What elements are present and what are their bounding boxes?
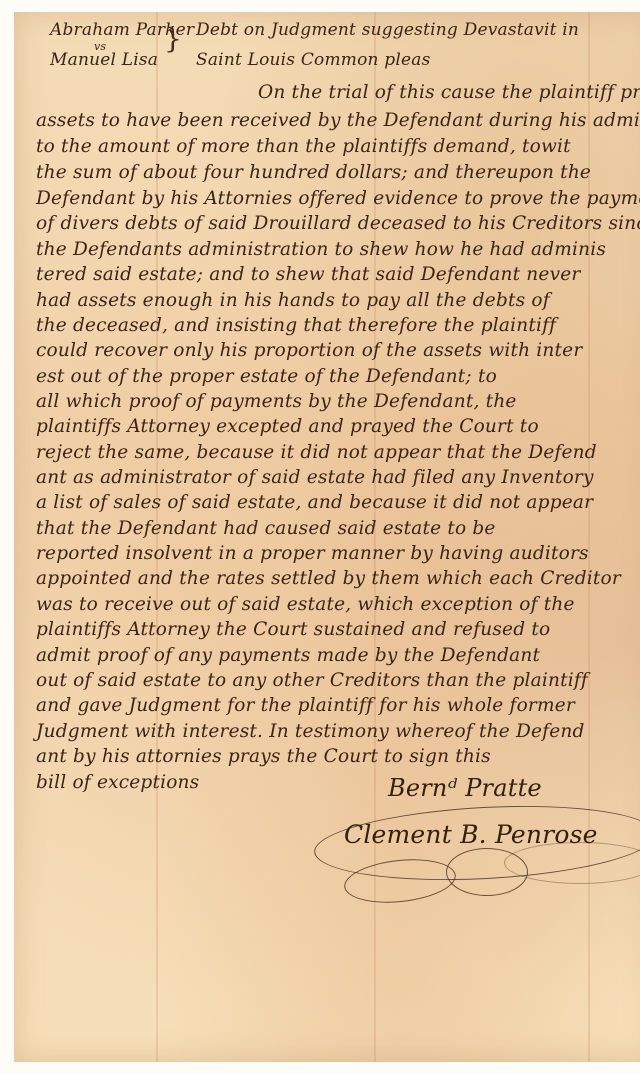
body-line: bill of exceptions (36, 772, 199, 793)
body-line: that the Defendant had caused said estat… (36, 518, 496, 539)
body-line: the sum of about four hundred dollars; a… (36, 162, 591, 183)
body-line: a list of sales of said estate, and beca… (36, 492, 593, 513)
caption-matter-line1: Debt on Judgment suggesting Devastavit i… (196, 20, 579, 40)
body-line: of divers debts of said Drouillard decea… (36, 213, 640, 234)
body-line: appointed and the rates settled by them … (36, 568, 621, 589)
body-line: reported insolvent in a proper manner by… (36, 543, 589, 564)
body-line: admit proof of any payments made by the … (36, 645, 540, 666)
body-line: Judgment with interest. In testimony whe… (36, 721, 585, 742)
body-line: had assets enough in his hands to pay al… (36, 290, 550, 311)
body-line: could recover only his proportion of the… (36, 340, 582, 361)
body-line: plaintiffs Attorney the Court sustained … (36, 619, 550, 640)
caption-matter-line2: Saint Louis Common pleas (196, 50, 431, 70)
document-page: Abraham Parker vs Manuel Lisa } Debt on … (14, 12, 640, 1062)
body-line: out of said estate to any other Creditor… (36, 670, 588, 691)
body-line: assets to have been received by the Defe… (36, 110, 640, 131)
body-line: tered said estate; and to shew that said… (36, 264, 580, 285)
body-line: ant by his attornies prays the Court to … (36, 746, 491, 767)
body-line: was to receive out of said estate, which… (36, 594, 575, 615)
body-line: all which proof of payments by the Defen… (36, 391, 517, 412)
body-line: On the trial of this cause the plaintiff… (258, 82, 640, 103)
caption-defendant: Manuel Lisa (50, 50, 158, 70)
body-line: est out of the proper estate of the Defe… (36, 366, 497, 387)
body-line: and gave Judgment for the plaintiff for … (36, 695, 575, 716)
signature-pratte: Bernᵈ Pratte (388, 774, 542, 802)
body-line: the deceased, and insisting that therefo… (36, 315, 556, 336)
body-line: reject the same, because it did not appe… (36, 442, 597, 463)
body-line: ant as administrator of said estate had … (36, 467, 594, 488)
body-line: the Defendants administration to shew ho… (36, 239, 606, 260)
body-line: plaintiffs Attorney excepted and prayed … (36, 416, 539, 437)
body-line: to the amount of more than the plaintiff… (36, 136, 571, 157)
caption-brace: } (164, 22, 182, 55)
body-line: Defendant by his Attornies offered evide… (36, 188, 640, 209)
